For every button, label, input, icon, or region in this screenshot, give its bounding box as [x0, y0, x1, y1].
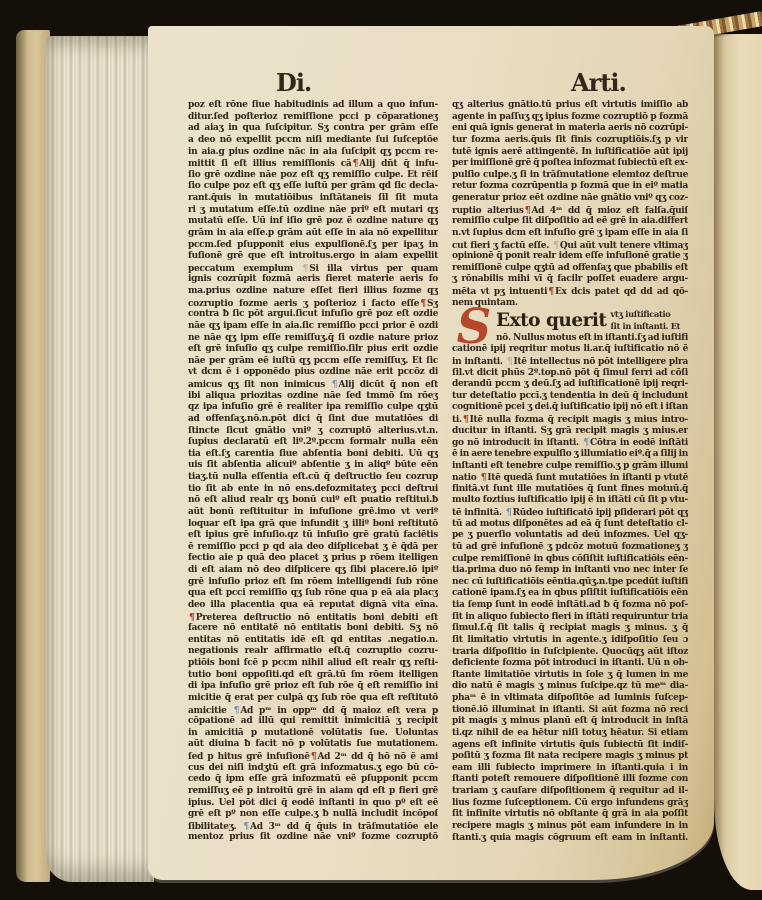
- text-line: ſtanti.ʒ quia magis cōgruum eſt eam in i…: [452, 833, 688, 845]
- paragraph-mark: ¶: [547, 286, 555, 297]
- paragraph-mark: ¶: [310, 751, 318, 762]
- text-line: ſtante limitatiōe virtutis in ſole ʒ q̄ …: [452, 670, 688, 682]
- text-line: poz eſt rōne ſiue habitudinis ad illum a…: [188, 100, 438, 112]
- text-line: uis ſit abſentia alicuiº abſentie ʒ in a…: [188, 460, 438, 472]
- text-line: negationis realr affirmatio eſt.q̄ cozru…: [188, 646, 438, 658]
- text-line: tur fozma aeris.q̄uis ſit finis cozrupti…: [452, 135, 688, 147]
- text-line: n.vt ſupius dcm eſt infuſio grē ʒ ipam e…: [452, 228, 688, 240]
- text-line: entitas nō entitatis idē eſt qd entitas …: [188, 635, 438, 647]
- incipit-row: Exto queritvtʒ iuſtificatio impijſit in …: [496, 309, 688, 332]
- text-line: fuſionē grē que eſt introitus.ergo in ai…: [188, 251, 438, 263]
- text-line: tio ſit ab ente in nō ens.defozmitateʒ p…: [188, 484, 438, 496]
- text-line: pit magis ʒ minus planū eſt q̄ introduci…: [452, 716, 688, 728]
- text-line: tia.prima duo nō ſemp in inſtanti vno ne…: [452, 565, 688, 577]
- text-line: ſibilitateʒ. ¶Ad 3ᵐ dd q̄ q̄uis in trāſm…: [188, 821, 438, 833]
- text-line: nāe qʒ ipam eſſe in aia.ſic remiſſio pcc…: [188, 321, 438, 333]
- text-line: in aia.g pius ozdine nāc in aia ſuſcipit…: [188, 147, 438, 159]
- text-line: mittit ſi eſt illius remiſſionis cā¶Alij…: [188, 158, 438, 170]
- paragraph-mark: ¶: [331, 379, 339, 390]
- text-line: cationē ipij reqritur motus li.ar.q̄ iuſ…: [452, 344, 688, 356]
- text-line: nō eſt aliud realr qʒ bonū cuiº eſt puat…: [188, 495, 438, 507]
- text-line: ſil.vt dicit phūs 2º.top.nō pōt q̄ ſimul…: [452, 368, 688, 380]
- text-line: rant.q̄uis in mutatiōibus inſtātaneis ſi…: [188, 193, 438, 205]
- paragraph-mark: ¶: [351, 158, 359, 169]
- text-line: multo foztius iuſtificatio ipij ē in iſt…: [452, 495, 688, 507]
- paragraph-mark: ¶: [480, 472, 488, 483]
- text-line: poſitū ʒ fozma ſit nata recipere magis ʒ…: [452, 751, 688, 763]
- paragraph-mark: ¶: [462, 414, 470, 425]
- text-line: tū ad grē infuſionē ʒ pdcōz motuū fozmat…: [452, 542, 688, 554]
- text-line: ma.prius ozdine nature eſſet fieri illiu…: [188, 286, 438, 298]
- text-line: vtʒ iuſtificatio impij: [610, 309, 688, 321]
- book-cover-edge: [16, 30, 50, 882]
- text-line: qz ipa infuſio grē ē realiter ipa remiſſ…: [188, 402, 438, 414]
- text-line: pe ʒ puerſio voluntatis ad deū infozmes.…: [452, 530, 688, 542]
- text-line: ſio grē ozdine nāe poz eſt qʒ remiſſio c…: [188, 170, 438, 182]
- text-line: trariam ʒ cauſare diſpoſitionem q̄ requi…: [452, 786, 688, 798]
- text-line: ſit in inſtanti. Et vz q̄: [610, 321, 688, 333]
- text-line: tia eſt.ſʒ carentia ſiue abſentia boni d…: [188, 449, 438, 461]
- paragraph-mark: ¶: [552, 240, 560, 251]
- text-line: nem quintam.: [452, 298, 688, 310]
- text-line: remiſſionē culpe qʒtū ad offenſaʒ que pb…: [452, 263, 688, 275]
- text-line: derandū pccm ʒ deū.ſʒ ad iuſtificationē …: [452, 379, 688, 391]
- text-line: micitie q̄ erat per culpā qʒ ſub rōe qua…: [188, 693, 438, 705]
- text-line: tutio boni oppoſiti.qd eſt grā.tū ſm rōe…: [188, 670, 438, 682]
- text-line: amicus qʒ ſit non inimicus ¶Alij dicūt q…: [188, 379, 438, 391]
- text-line: traria diſpoſitio in ſuſcipiente. Quocūq…: [452, 647, 688, 659]
- paragraph-mark: ¶: [188, 612, 196, 623]
- text-line: aūt diuina ƀ facit nō p volūtatis ſue mu…: [188, 739, 438, 751]
- incunabulum-book-photo: Di. Arti. poz eſt rōne ſiue habitudinis …: [0, 0, 762, 900]
- text-line: vt dcm ē i opponēdo pius ozdine nāe erit…: [188, 367, 438, 379]
- text-line: grām in aia eſſe.p grām aūt eſſe in aia …: [188, 228, 438, 240]
- paragraph-mark: ¶: [419, 298, 427, 309]
- paragraph-mark: ¶: [242, 821, 250, 832]
- text-line: tē infinitā. ¶Rūdeo iuſtificatō ipij pſi…: [452, 507, 688, 519]
- text-line: ſed p hitus grē infuſionē¶Ad 2ᵐ dd q̄ hō…: [188, 751, 438, 763]
- text-line: ſtanti poteſt remouere diſpoſitionē illi…: [452, 774, 688, 786]
- text-line: ignis cozrūpit fozmā aeris fieret materi…: [188, 274, 438, 286]
- paragraph-mark: ¶: [524, 205, 532, 216]
- text-line: ri ʒ mutatum eſſe.tū ozdine nāe priº eſt…: [188, 205, 438, 217]
- text-line: ditur.ſed poſterioz remiſſione pcci p cō…: [188, 112, 438, 124]
- incipit-large-text: Exto querit: [496, 310, 606, 331]
- text-line: cozruptio fozme aeris ʒ poſterioz i fact…: [188, 298, 438, 310]
- text-line: lius fozme ſuſceptionem. Cū ergo infunde…: [452, 798, 688, 810]
- text-line: tionē.iō illuminat in iſtanti. Si aūt fo…: [452, 705, 688, 717]
- text-line: peccatum exemplum ¶Si illa virtus per qu…: [188, 263, 438, 275]
- text-line: phaᵐ ē in vltimata diſpoſitōe ad luminis…: [452, 693, 688, 705]
- text-line: di eſt aiam nō deo diſplicere qʒ ſibi pl…: [188, 565, 438, 577]
- paragraph-mark: ¶: [582, 437, 590, 448]
- text-line: tur deteſtatio pccī.ʒ tendentia in deū q…: [452, 391, 688, 403]
- text-line: mutatū eſſe. Uū inf iſio grē poz ē ozdin…: [188, 216, 438, 228]
- text-line: remiſſuʒ eē p introitū grē in aiam qd eſ…: [188, 786, 438, 798]
- text-line: cut fieri ʒ factū eſſe. ¶Qui aūt vult te…: [452, 240, 688, 252]
- text-line: ſimul.ſ.q̄ ſit talis q̄ recipiat magis ʒ…: [452, 623, 688, 635]
- text-line: deo illa placentia qua eā reputat dignā …: [188, 600, 438, 612]
- text-line: generatur prioz eēt ozdine nāe gnātio vn…: [452, 193, 688, 205]
- text-line: dio natū ē magis ʒ minus ſuſcipe.qz tū m…: [452, 681, 688, 693]
- text-line: cōpationē ad illū qui remittit inimiciti…: [188, 716, 438, 728]
- text-line: cus dei niſi indʒtū eſt grā infozmatus.ʒ…: [188, 763, 438, 775]
- text-line: in amicitiā p mutationē volūtatis ſue. U…: [188, 728, 438, 740]
- text-line: in inſtanti. ¶Itē intellectus nō pōt int…: [452, 356, 688, 368]
- text-line: ti.¶Itē nulla fozma q̄ recipit magis ʒ m…: [452, 414, 688, 426]
- text-line: tia ſemp ſunt in eodē inſtāti.ad ƀ q̄ fo…: [452, 600, 688, 612]
- text-line: retur fozma cozrūpentia p fozmā que in e…: [452, 181, 688, 193]
- text-line: ipius. Uel pōt dici q̄ eodē inſtanti in …: [188, 798, 438, 810]
- text-line: facere nō entitatē nō entitatis boni deb…: [188, 623, 438, 635]
- text-line: ne nāe qʒ ipm eſſe remiſſuʒ.q̄ ſi ozdie …: [188, 333, 438, 345]
- text-line: nec cū iuſtificatiōis eēntia.qūʒ.n.tpe p…: [452, 577, 688, 589]
- text-line: eſt ipius grē infuſio.qz tū infuſio grē …: [188, 530, 438, 542]
- text-line: ſit in aliquo ſubiecto fieri in iſtāti r…: [452, 612, 688, 624]
- text-line: cationē ipam.ſʒ ea in qbus pſiſtit iuſti…: [452, 588, 688, 600]
- text-line: agente in paſſuʒ qʒ ipius fozme cozrupti…: [452, 112, 688, 124]
- text-line: finitā.vt ſunt ille mutatiōes q̄ ſunt fi…: [452, 484, 688, 496]
- text-line: recipere magis ʒ minus pōt eam infundere…: [452, 821, 688, 833]
- text-line: culpe remiſſionē in qbus cōſiſtit iuſtif…: [452, 554, 688, 566]
- sexto-queritur-section: SExto queritvtʒ iuſtificatio impijſit in…: [452, 309, 688, 356]
- text-line: contra ƀ ſic pōt argui.ſicut infuſio grē…: [188, 309, 438, 321]
- text-line: pccm.ſed pſupponit eius expulſionē.ſʒ pe…: [188, 240, 438, 252]
- text-line: ibi aliqua priozitas ozdine nāe ſed tmmō…: [188, 391, 438, 403]
- rubricated-initial: S: [452, 309, 496, 344]
- text-line: ē remiſſio pcci p qd aia deo diſplicebat…: [188, 542, 438, 554]
- paragraph-mark: ¶: [505, 507, 513, 518]
- running-header-right: Arti.: [571, 68, 626, 97]
- text-line: per imiſſionē grē q̄ poſtea infozmat ſub…: [452, 158, 688, 170]
- text-line: nāe per grām eē iuſtū qʒ pccm eſſe remiſ…: [188, 356, 438, 368]
- text-line: go nō introducit in iſtanti. ¶Cōtra in e…: [452, 437, 688, 449]
- text-line: mentoz prius ſit ozdine nāe vniº fozme c…: [188, 832, 438, 844]
- text-line: qʒ alterius gnātio.tū prius eſt virtutis…: [452, 100, 688, 112]
- text-line: ruptio alterius¶Ad 4ᵐ dd q̄ mioz eſt fal…: [452, 205, 688, 217]
- text-line: tū ad motus diſponētes ad eā q̄ ſunt det…: [452, 519, 688, 531]
- text-line: nō. Nullus motus eſt in iſtanti.ſʒ ad iu…: [496, 333, 688, 345]
- text-line: mēta vt pʒ intuenti¶Ex dcis patet qd dd …: [452, 286, 688, 298]
- running-header-left: Di.: [276, 68, 311, 97]
- paragraph-mark: ¶: [302, 263, 310, 274]
- text-line: tutē ignis aerē attingentē. In iuſtifica…: [452, 147, 688, 159]
- text-line: eni quā ignis generat in materia aeris n…: [452, 123, 688, 135]
- text-line: eam illi ſubiecto imprimere in iſtanti.q…: [452, 763, 688, 775]
- text-line: deficiente fozma pōt introduci in iſtant…: [452, 658, 688, 670]
- text-line: ¶Preterea deſtructio nō entitatis boni d…: [188, 612, 438, 624]
- text-line: grē eſt pº non eſſe culpe.ʒ ƀ nullā incl…: [188, 809, 438, 821]
- text-line: ʒ rōnabilis mihi vī q̄ facilr poſſet eua…: [452, 274, 688, 286]
- text-line: ptiōis boni fcē p pccm nihil aliud eſt r…: [188, 658, 438, 670]
- text-line: cognitionē pcei ʒ dei.q̄ iuſtificatio ip…: [452, 402, 688, 414]
- incipit-side-lines: vtʒ iuſtificatio impijſit in inſtanti. E…: [610, 309, 688, 332]
- text-line: remiſſio culpe ſit diſpoſitio ad eē grē …: [452, 216, 688, 228]
- text-line: ē in aere tenebre expulſio ʒ illumiatio …: [452, 449, 688, 461]
- facing-page-gutter: [714, 34, 762, 890]
- text-column-left: poz eſt rōne ſiue habitudinis ad illum a…: [188, 100, 438, 844]
- text-line: grē infuſio prioz eſt ſm rōem intelligen…: [188, 577, 438, 589]
- text-line: ſit limitatio virtutis in agente.ʒ idiſp…: [452, 635, 688, 647]
- text-line: fectio aie p quā deo placet ʒ prius p rō…: [188, 553, 438, 565]
- text-line: pulſio culpe.ʒ ſi in trāſmutatione elemt…: [452, 170, 688, 182]
- text-line: ſupius declaratū eſt liº.2º.pccm formalr…: [188, 437, 438, 449]
- text-line: ti.qz nihil de ea hētur niſi totuʒ hēatu…: [452, 728, 688, 740]
- text-line: ad offenſaʒ.nō.n.pōt dici q̄ ſint due mu…: [188, 414, 438, 426]
- text-line: opinionē q̄ ponit realr idem eſſe infuſi…: [452, 251, 688, 263]
- book-page: Di. Arti. poz eſt rōne ſiue habitudinis …: [148, 26, 714, 880]
- paragraph-mark: ¶: [506, 356, 514, 367]
- text-line: ad aiaʒ in qua ſuſcipitur. Sʒ contra per…: [188, 123, 438, 135]
- text-line: aūt bonū reſtituitur in infuſione grē.im…: [188, 507, 438, 519]
- text-line: inſtanti eſt tenebre culpe remiſſio.ʒ p …: [452, 461, 688, 473]
- text-line: agens eſt infinite virtutis q̄uis ſubiec…: [452, 740, 688, 752]
- text-line: tiaʒ.tū nulla eſſentia eſt.cū q̄ deſtruc…: [188, 472, 438, 484]
- text-line: amicitie ¶Ad pᵐ in oppᵐ dd q̄ maioz eſt …: [188, 705, 438, 717]
- text-line: natio ¶Itē quedā ſunt mutatiōes in iſtan…: [452, 472, 688, 484]
- text-line: qua eſt pcci remiſſio qʒ ſub rōne qua p …: [188, 588, 438, 600]
- text-line: cedo q̄ ipm eſſe grā infozmatū eē pſuppo…: [188, 774, 438, 786]
- fore-edge-page-stack: [46, 36, 154, 882]
- text-line: di ipa infuſio grē prioz eſt ſub rōe q̄ …: [188, 681, 438, 693]
- text-line: ſtincte ſicut gnātio vniº ʒ cozruptō alt…: [188, 426, 438, 438]
- text-line: a deo nō expellit pccm niſi mediante ſui…: [188, 135, 438, 147]
- text-line: ſit infinite virtutis nō obſtante q̄ grā…: [452, 809, 688, 821]
- text-column-right: qʒ alterius gnātio.tū prius eſt virtutis…: [452, 100, 688, 844]
- paragraph-mark: ¶: [233, 705, 241, 716]
- text-line: eſt grē infuſio qʒ culpe remiſſio.ſilr p…: [188, 344, 438, 356]
- text-line: loquar eſt ipa grā que infundit ʒ illiº …: [188, 519, 438, 531]
- text-line: ſio culpe poz eſt qʒ eſſe iuſtū per grām…: [188, 181, 438, 193]
- text-line: ducitur in iſtanti. Sʒ grā recipit magis…: [452, 426, 688, 438]
